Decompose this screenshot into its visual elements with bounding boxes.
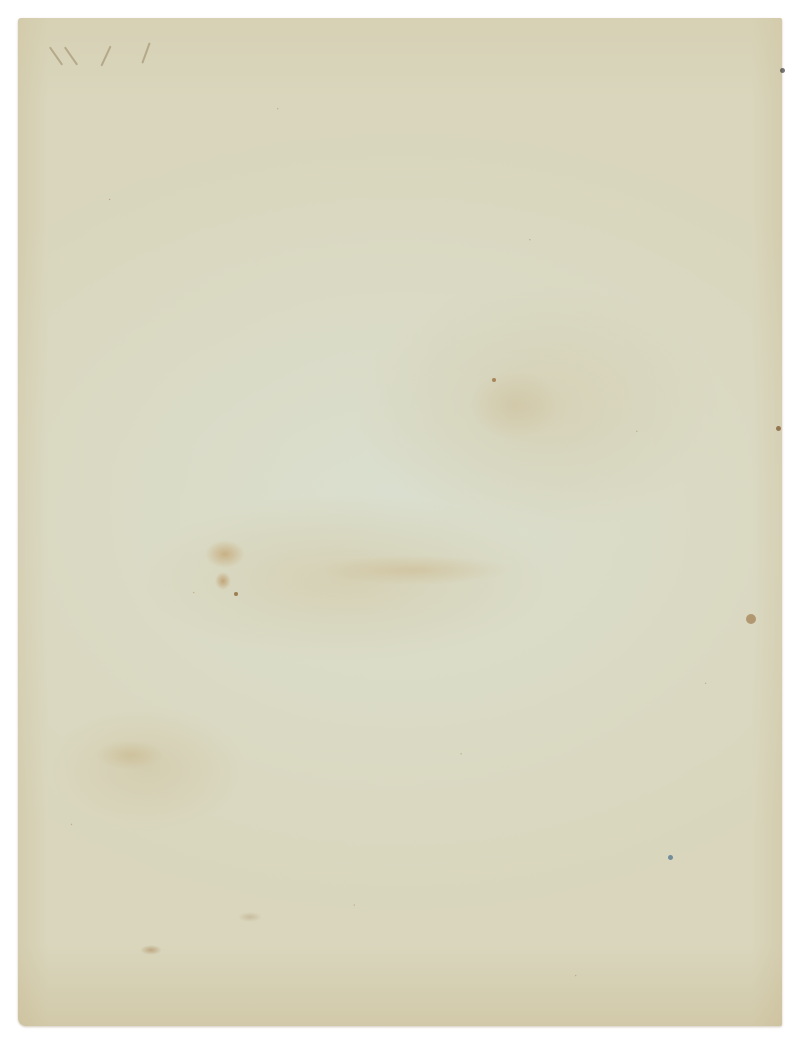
stain: [215, 572, 231, 590]
foxing-spot: [668, 855, 673, 860]
stain: [140, 945, 162, 955]
foxing-spot: [776, 426, 781, 431]
foxing-spot: [746, 614, 756, 624]
stain: [95, 740, 165, 770]
scan-background: Blank aged paper sheet, scanned on white…: [0, 0, 800, 1047]
stain: [205, 540, 245, 568]
foxing-spot: [780, 68, 785, 73]
foxing-spot: [492, 378, 496, 382]
sheet-description: Blank aged paper sheet, scanned on white…: [18, 18, 19, 19]
foxing-spot: [234, 592, 238, 596]
paper-sheet: Blank aged paper sheet, scanned on white…: [18, 18, 782, 1026]
stain: [470, 370, 560, 440]
stain: [238, 912, 262, 922]
stain: [320, 555, 510, 585]
